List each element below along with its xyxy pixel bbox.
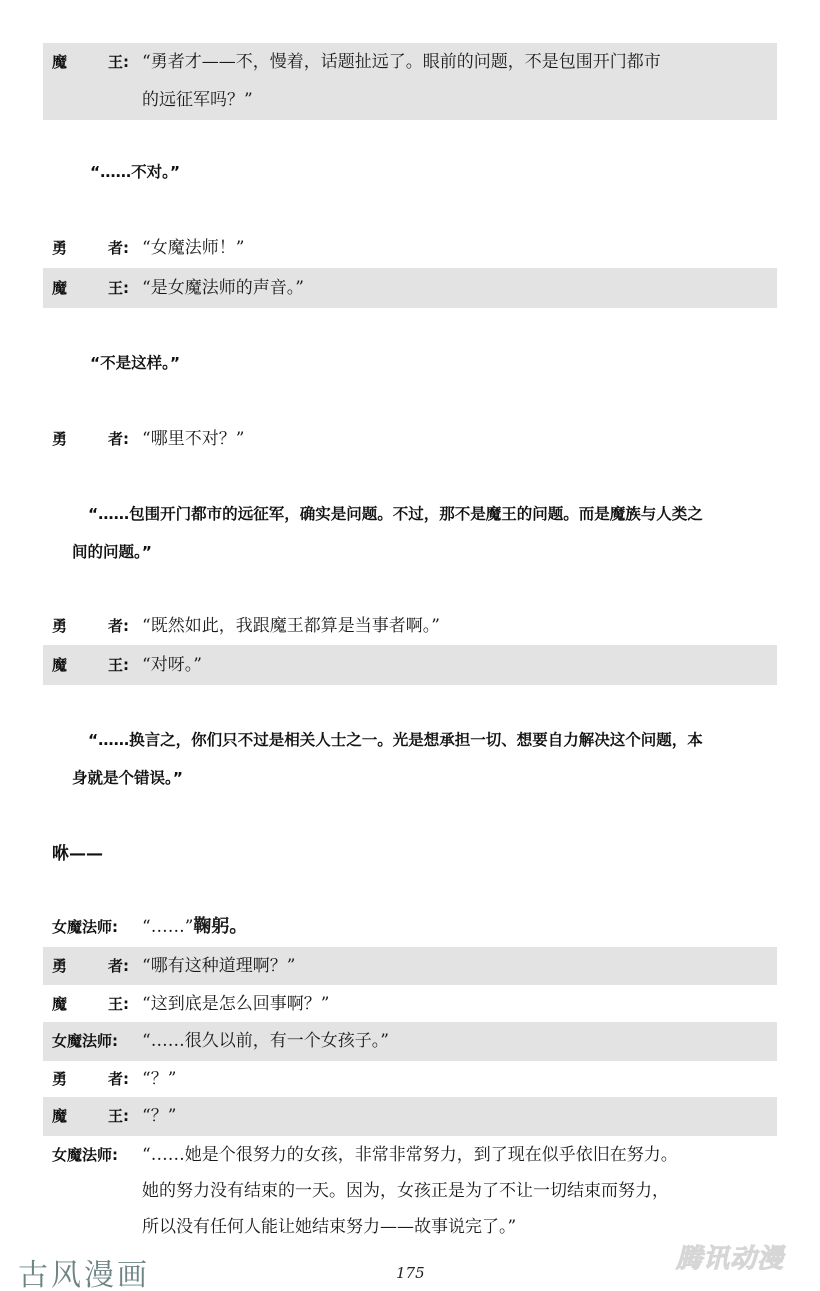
dialogue-text: “勇者才——不，慢着，话题扯远了。眼前的问题，不是包围开门都市 — [142, 43, 769, 81]
dialogue-quote: “……” — [142, 917, 193, 937]
speaker-name: 勇 — [52, 229, 108, 267]
speaker-name: 魔 — [52, 43, 108, 81]
dialogue-row: 勇者: “哪里不对？” — [43, 420, 777, 458]
dialogue-text: “？” — [142, 1060, 769, 1098]
speaker-name: 王: — [108, 1097, 129, 1135]
speaker-label: 魔王: — [52, 985, 129, 1023]
sound-effect-text: 咻—— — [52, 835, 103, 873]
narration-text: “……包围开门都市的远征军，确实是问题。不过，那不是魔王的问题。而是魔族与人类之 — [88, 495, 703, 533]
speaker-name: 者: — [108, 947, 129, 985]
speaker-label: 魔王: — [52, 43, 129, 81]
speaker-name: 勇 — [52, 420, 108, 458]
speaker-name: 魔 — [52, 985, 108, 1023]
speaker-name: 魔 — [52, 1097, 108, 1135]
speaker-label: 女魔法师: — [52, 1136, 118, 1174]
dialogue-text: “既然如此，我跟魔王都算是当事者啊。” — [142, 607, 769, 645]
speaker-label: 勇者: — [52, 1060, 129, 1098]
dialogue-text: “……”鞠躬。 — [142, 908, 769, 946]
speaker-name: 者: — [108, 607, 129, 645]
speaker-name: 魔 — [52, 269, 108, 307]
speaker-name: 者: — [108, 229, 129, 267]
speaker-name: 勇 — [52, 947, 108, 985]
speaker-name: 者: — [108, 1060, 129, 1098]
dialogue-text: “……她是个很努力的女孩，非常非常努力，到了现在似乎依旧在努力。 — [142, 1136, 769, 1174]
speaker-name: 者: — [108, 420, 129, 458]
speaker-label: 女魔法师: — [52, 908, 118, 946]
dialogue-row: 魔王: “勇者才——不，慢着，话题扯远了。眼前的问题，不是包围开门都市 的远征军… — [43, 43, 777, 120]
speaker-name: 王: — [108, 646, 129, 684]
speaker-label: 勇者: — [52, 947, 129, 985]
narration-text: “……不对。” — [90, 153, 180, 191]
dialogue-text: “对呀。” — [142, 646, 769, 684]
dialogue-row: 魔王: “对呀。” — [43, 645, 777, 685]
speaker-name: 王: — [108, 269, 129, 307]
narration-text: 身就是个错误。” — [72, 759, 183, 797]
watermark-logo-right: 腾讯动漫 — [676, 1238, 784, 1275]
dialogue-row: 勇者: “？” — [43, 1060, 777, 1097]
dialogue-row: 勇者: “既然如此，我跟魔王都算是当事者啊。” — [43, 607, 777, 645]
watermark-logo-left: 古风漫画 — [18, 1250, 150, 1291]
dialogue-text: “是女魔法师的声音。” — [142, 269, 769, 307]
dialogue-text: 她的努力没有结束的一天。因为，女孩正是为了不让一切结束而努力， — [142, 1172, 769, 1210]
dialogue-text: “哪有这种道理啊？” — [142, 947, 769, 985]
speaker-name: 王: — [108, 985, 129, 1023]
speaker-label: 勇者: — [52, 607, 129, 645]
speaker-name: 王: — [108, 43, 129, 81]
dialogue-row: 魔王: “？” — [43, 1097, 777, 1136]
narration-text: “不是这样。” — [90, 344, 180, 382]
narration-text: “……换言之，你们只不过是相关人士之一。光是想承担一切、想要自力解决这个问题，本 — [88, 721, 703, 759]
page-number: 175 — [396, 1264, 425, 1282]
narration-text: 间的问题。” — [72, 533, 152, 571]
dialogue-row: 女魔法师: “……很久以前，有一个女孩子。” — [43, 1022, 777, 1061]
dialogue-text: 的远征军吗？” — [142, 81, 769, 119]
speaker-name: 魔 — [52, 646, 108, 684]
dialogue-row: 魔王: “这到底是怎么回事啊？” — [43, 985, 777, 1022]
dialogue-text: “……很久以前，有一个女孩子。” — [142, 1022, 769, 1060]
dialogue-row: 勇者: “哪有这种道理啊？” — [43, 947, 777, 985]
speaker-label: 魔王: — [52, 1097, 129, 1135]
dialogue-text: “女魔法师！” — [142, 229, 769, 267]
dialogue-text: 所以没有任何人能让她结束努力——故事说完了。” — [142, 1208, 769, 1246]
dialogue-row: 女魔法师: “……她是个很努力的女孩，非常非常努力，到了现在似乎依旧在努力。 她… — [43, 1136, 777, 1250]
speaker-label: 魔王: — [52, 646, 129, 684]
dialogue-row: 女魔法师: “……”鞠躬。 — [43, 908, 777, 946]
dialogue-text: “这到底是怎么回事啊？” — [142, 985, 769, 1023]
dialogue-row: 魔王: “是女魔法师的声音。” — [43, 268, 777, 308]
dialogue-text: “哪里不对？” — [142, 420, 769, 458]
speaker-label: 勇者: — [52, 420, 129, 458]
dialogue-row: 勇者: “女魔法师！” — [43, 229, 777, 267]
speaker-label: 勇者: — [52, 229, 129, 267]
action-text: 鞠躬。 — [193, 916, 247, 937]
dialogue-text: “？” — [142, 1097, 769, 1135]
speaker-label: 魔王: — [52, 269, 129, 307]
speaker-name: 勇 — [52, 1060, 108, 1098]
speaker-label: 女魔法师: — [52, 1022, 118, 1060]
speaker-name: 勇 — [52, 607, 108, 645]
